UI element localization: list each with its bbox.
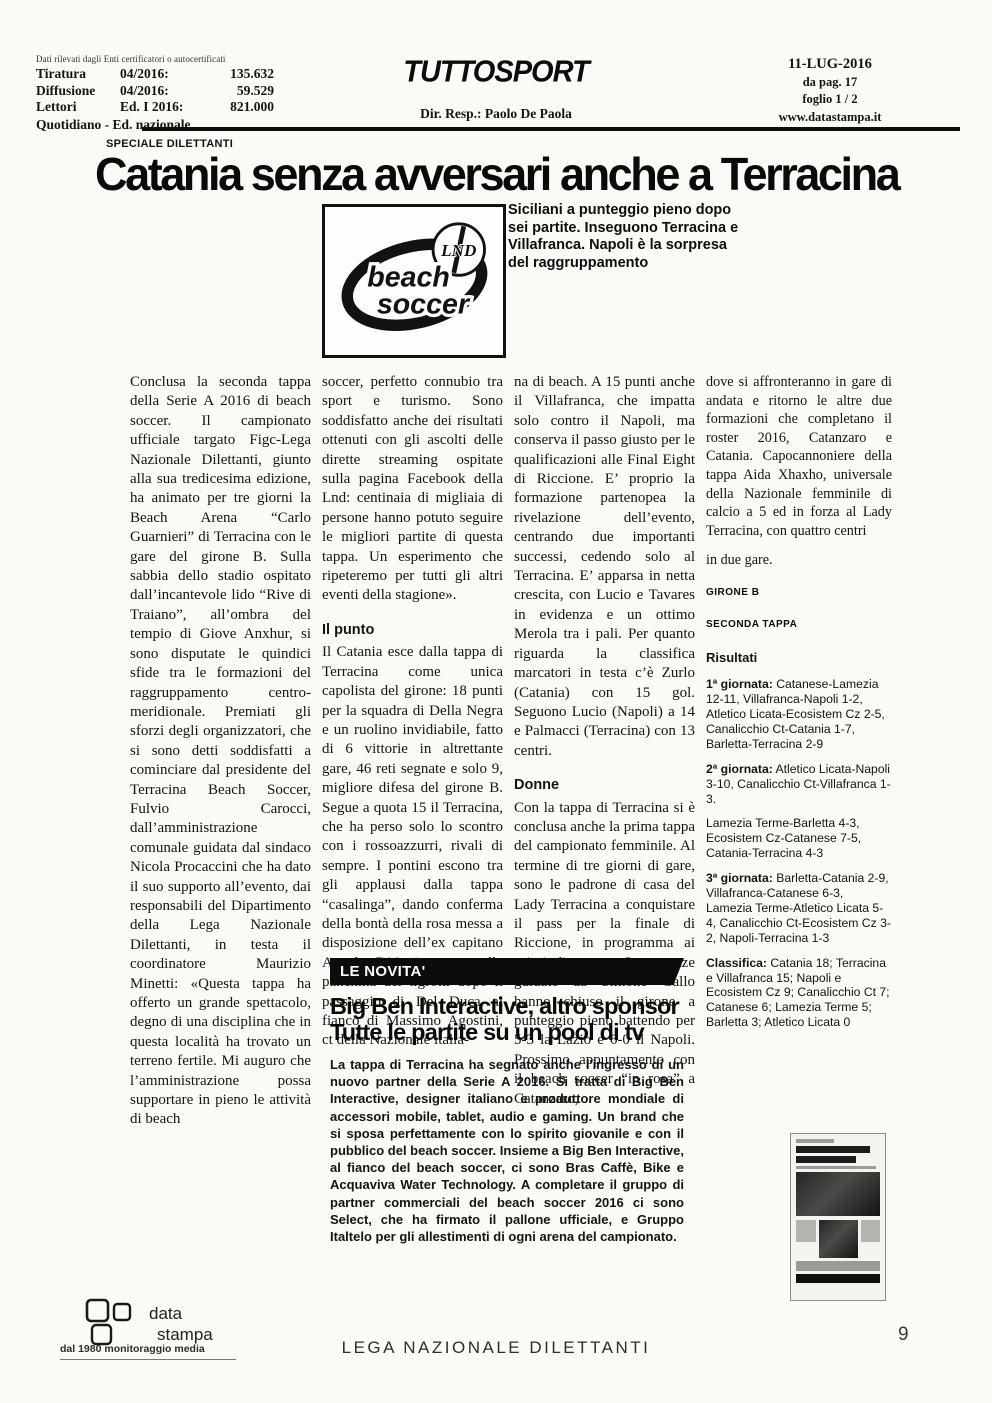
le-novita-tag-bar: LE NOVITA' <box>330 958 684 985</box>
le-novita-box: LE NOVITA' Big Ben Interactive, altro sp… <box>330 958 684 1245</box>
clipping-meta: 11-LUG-2016 da pag. 17 foglio 1 / 2 www.… <box>735 56 925 125</box>
novita-body: La tappa di Terracina ha segnato anche l… <box>330 1056 684 1245</box>
datastampa-url: www.datastampa.it <box>735 110 925 125</box>
col1-paragraph: Conclusa la seconda tappa della Serie A … <box>130 373 311 1130</box>
novita-headline-line1: Big Ben Interactive, altro sponsor <box>330 994 684 1020</box>
datastampa-word-data: data <box>149 1304 182 1324</box>
lnd-badge-text: LND <box>440 241 476 260</box>
novita-headline: Big Ben Interactive, altro sponsor Tutte… <box>330 994 684 1045</box>
clipping-date: 11-LUG-2016 <box>735 56 925 73</box>
results-giornata-3: 3ª giornata: Barletta-Catania 2-9, Villa… <box>706 871 892 946</box>
thumbnail-column-bar <box>796 1220 816 1242</box>
sheet-ref: foglio 1 / 2 <box>735 92 925 107</box>
results-2-label: 2ª giornata: <box>706 762 773 776</box>
page-number: 9 <box>898 1324 909 1346</box>
beach-soccer-logo: LND beach soccer <box>322 204 506 358</box>
col2-paragraph: soccer, perfetto connubio tra sport e tu… <box>322 373 503 606</box>
thumbnail-headline-bar2 <box>796 1156 856 1163</box>
col4-paragraph: dove si affronteranno in gare di andata … <box>706 373 892 540</box>
diffusione-value: 59.529 <box>212 83 274 100</box>
results-heading: Risultati <box>706 648 892 667</box>
results-giornata-1: 1ª giornata: Catanese-Lamezia 12-11, Vil… <box>706 677 892 752</box>
diffusione-label: Diffusione <box>36 83 120 100</box>
press-clipping-page: Dati rilevati dagli Enti certificatori o… <box>0 0 992 1403</box>
body-column-4: dove si affronteranno in gare di andata … <box>706 373 892 1030</box>
headline: Catania senza avversari anche a Terracin… <box>95 147 898 201</box>
body-column-2: soccer, perfetto connubio tra sport e tu… <box>322 373 503 1051</box>
page-thumbnail <box>790 1133 886 1301</box>
lettori-row: Lettori Ed. I 2016: 821.000 <box>36 99 316 116</box>
tiratura-row: Tiratura 04/2016: 135.632 <box>36 66 316 83</box>
circulation-block: Dati rilevati dagli Enti certificatori o… <box>36 54 316 133</box>
tiratura-period: 04/2016: <box>120 66 212 83</box>
results-3-label: 3ª giornata: <box>706 871 773 885</box>
tuttosport-logo: TUTTOSPORT <box>356 55 636 90</box>
lettori-label: Lettori <box>36 99 120 116</box>
footer-league-title: LEGA NAZIONALE DILETTANTI <box>0 1338 992 1358</box>
thumbnail-column-bar <box>861 1220 881 1242</box>
header-rule <box>142 127 960 131</box>
page-ref: da pag. 17 <box>735 75 925 90</box>
results-2b-text: Lamezia Terme-Barletta 4-3, Ecosistem Cz… <box>706 816 861 860</box>
tagline-underline <box>60 1359 236 1360</box>
thumbnail-topbar <box>796 1139 834 1143</box>
col4-paragraph-cont: in due gare. <box>706 551 892 570</box>
subhead-donne: Donne <box>514 776 695 795</box>
girone-label: GIRONE B <box>706 583 892 602</box>
thumbnail-photo-top <box>796 1172 880 1216</box>
beach-soccer-logo-art: LND beach soccer <box>333 214 495 348</box>
body-column-1: Conclusa la seconda tappa della Serie A … <box>130 373 311 1130</box>
thumbnail-headline-bar1 <box>796 1146 870 1153</box>
classifica-label: Classifica: <box>706 956 767 970</box>
results-giornata-2b: Lamezia Terme-Barletta 4-3, Ecosistem Cz… <box>706 816 892 861</box>
subhead-il-punto: Il punto <box>322 621 503 640</box>
logo-word-soccer: soccer <box>377 288 471 320</box>
col3-paragraph: na di beach. A 15 punti anche il Villafr… <box>514 373 695 761</box>
tappa-label: SECONDA TAPPA <box>706 615 892 634</box>
diffusione-period: 04/2016: <box>120 83 212 100</box>
director-line: Dir. Resp.: Paolo De Paola <box>356 106 636 122</box>
thumbnail-subhead-bar <box>796 1166 876 1169</box>
thumbnail-photo-bottom <box>819 1220 858 1258</box>
lettori-period: Ed. I 2016: <box>120 99 212 116</box>
results-classifica: Classifica: Catania 18; Terracina e Vill… <box>706 956 892 1031</box>
thumbnail-ad-strip <box>796 1261 880 1271</box>
diffusione-row: Diffusione 04/2016: 59.529 <box>36 83 316 100</box>
masthead-center: TUTTOSPORT Dir. Resp.: Paolo De Paola <box>356 56 636 122</box>
results-1-label: 1ª giornata: <box>706 677 773 691</box>
tiratura-value: 135.632 <box>212 66 274 83</box>
tiratura-label: Tiratura <box>36 66 120 83</box>
thumbnail-columns <box>796 1220 880 1258</box>
results-giornata-2: 2ª giornata: Atletico Licata-Napoli 3-10… <box>706 762 892 807</box>
certification-note: Dati rilevati dagli Enti certificatori o… <box>36 54 316 64</box>
le-novita-tag: LE NOVITA' <box>340 963 425 980</box>
novita-headline-line2: Tutte le partite su un pool di tv <box>330 1020 684 1046</box>
lettori-value: 821.000 <box>212 99 274 116</box>
thumbnail-footer-strip <box>796 1274 880 1283</box>
standfirst: Siciliani a punteggio pieno dopo sei par… <box>508 202 746 272</box>
